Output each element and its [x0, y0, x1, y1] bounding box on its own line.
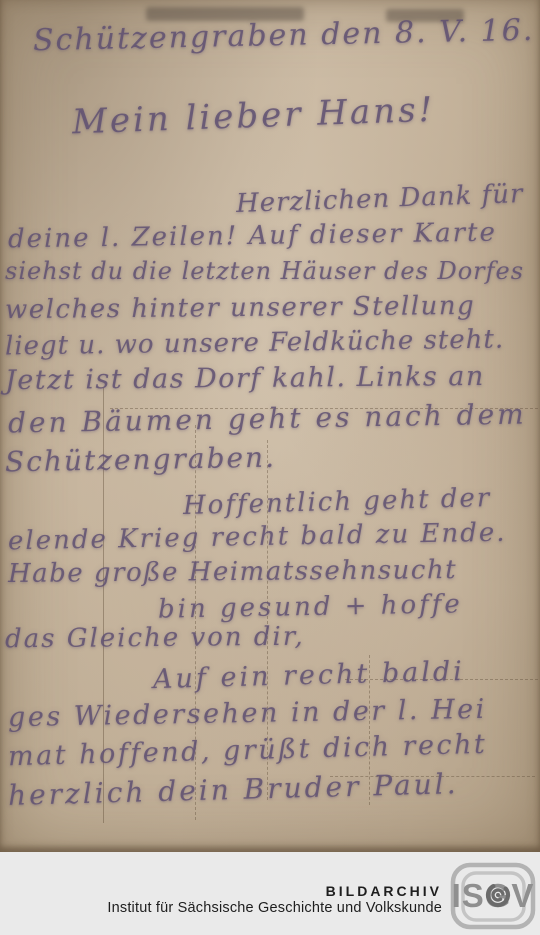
handwriting-line: deine l. Zeilen! Auf dieser Karte	[8, 218, 497, 255]
handwriting-line: elende Krieg recht bald zu Ende.	[8, 518, 507, 557]
archive-credit-bar: BILDARCHIV Institut für Sächsische Gesch…	[0, 852, 540, 935]
handwriting-line: siehst du die letzten Häuser des Dorfes	[5, 257, 524, 285]
archive-label: BILDARCHIV	[107, 884, 442, 899]
handwriting-line: Habe große Heimatssehnsucht	[8, 555, 457, 589]
handwriting-line: liegt u. wo unsere Feldküche steht.	[5, 325, 505, 362]
handwriting-line: Herzlichen Dank für	[236, 179, 524, 219]
archive-credits: BILDARCHIV Institut für Sächsische Gesch…	[107, 872, 442, 916]
handwriting-line: bin gesund + hoffe	[158, 589, 463, 624]
handwriting-line: Jetzt ist das Dorf kahl. Links an	[5, 361, 485, 396]
handwriting-line: Schützengraben.	[5, 441, 277, 479]
postcard-scan: Schützengraben den 8. V. 16. Mein lieber…	[0, 0, 540, 852]
handwriting-date-line: Schützengraben den 8. V. 16.	[33, 13, 535, 58]
handwriting-line: mat hoffend, grüßt dich recht	[8, 729, 488, 773]
handwriting-line: das Gleiche von dir,	[5, 622, 305, 655]
isgv-logo: ISGV	[448, 858, 538, 934]
handwriting-line: den Bäumen geht es nach dem	[8, 397, 527, 439]
institute-name: Institut für Sächsische Geschichte und V…	[107, 900, 442, 916]
handwriting-line: welches hinter unserer Stellung	[5, 291, 475, 325]
handwriting-signature-line: herzlich dein Bruder Paul.	[8, 767, 459, 812]
handwriting-line: Auf ein recht baldi	[153, 656, 466, 695]
handwriting-line: ges Wiedersehen in der l. Hei	[8, 694, 487, 733]
handwriting-salutation: Mein lieber Hans!	[71, 90, 435, 143]
handwriting-line: Hoffentlich geht der	[183, 483, 492, 521]
